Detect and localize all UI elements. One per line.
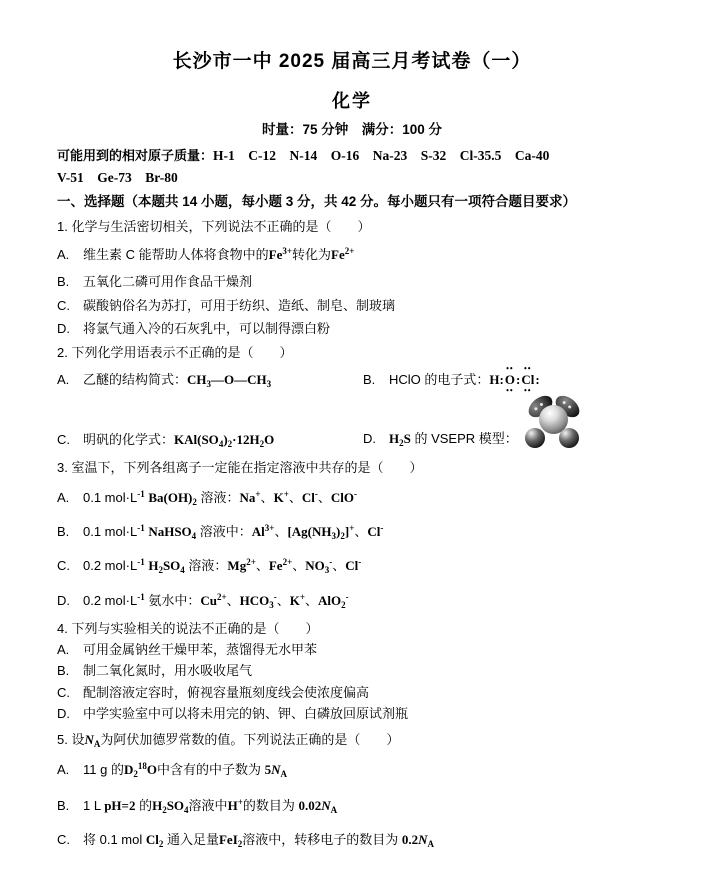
question-2-options-cd: C.明矾的化学式：KAl(SO4)2·12H2O D.H2S 的 VSEPR 模… xyxy=(57,397,647,449)
option-text: HClO 的电子式：H:••O••:••Cl••: xyxy=(389,372,540,387)
question-2-option-d: D.H2S 的 VSEPR 模型： xyxy=(363,397,647,449)
option-text: 中学实验室中可以将未用完的钠、钾、白磷放回原试剂瓶 xyxy=(83,706,408,721)
exam-meta: 时量：75 分钟 满分：100 分 xyxy=(57,122,647,139)
question-4-option-c: C.配制溶液定容时，俯视容量瓶刻度线会使浓度偏高 xyxy=(57,685,647,701)
question-2-option-a: A.乙醚的结构简式：CH3—O—CH3 xyxy=(57,372,363,388)
option-text: 将 0.1 mol Cl2 通入足量FeI2溶液中，转移电子的数目为 0.2NA xyxy=(83,832,434,847)
option-label: C. xyxy=(57,832,83,848)
option-text: 0.2 mol·L-1 氨水中：Cu2+、HCO3-、K+、AlO2- xyxy=(83,593,349,608)
option-label: D. xyxy=(57,593,83,609)
h2s-vsepr-model-image xyxy=(522,397,588,449)
option-text: 0.1 mol·L-1 NaHSO4 溶液中：Al3+、[Ag(NH3)2]+、… xyxy=(83,524,383,539)
question-5-option-a: A.11 g 的D218O中含有的中子数为 5NA xyxy=(57,762,647,778)
option-text: 明矾的化学式：KAl(SO4)2·12H2O xyxy=(83,432,274,447)
atomic-masses-values-1: H-1 C-12 N-14 O-16 Na-23 S-32 Cl-35.5 Ca… xyxy=(213,148,549,163)
option-text: 0.1 mol·L-1 Ba(OH)2 溶液：Na+、K+、Cl-、ClO- xyxy=(83,490,357,505)
option-label: B. xyxy=(363,372,389,388)
question-1-stem: 1. 化学与生活密切相关，下列说法不正确的是（ ） xyxy=(57,219,647,235)
subject-title: 化学 xyxy=(57,90,647,113)
question-4-option-d: D.中学实验室中可以将未用完的钠、钾、白磷放回原试剂瓶 xyxy=(57,706,647,722)
option-label: A. xyxy=(57,372,83,388)
question-2-option-c: C.明矾的化学式：KAl(SO4)2·12H2O xyxy=(57,432,363,448)
option-text: 配制溶液定容时，俯视容量瓶刻度线会使浓度偏高 xyxy=(83,685,369,700)
question-1-option-b: B.五氧化二磷可用作食品干燥剂 xyxy=(57,274,647,290)
option-label: C. xyxy=(57,298,83,314)
question-5-option-c: C.将 0.1 mol Cl2 通入足量FeI2溶液中，转移电子的数目为 0.2… xyxy=(57,832,647,848)
option-text: 1 L pH=2 的H2SO4溶液中H+的数目为 0.02NA xyxy=(83,798,337,813)
question-4-option-a: A.可用金属钠丝干燥甲苯，蒸馏得无水甲苯 xyxy=(57,642,647,658)
option-text: 将氯气通入冷的石灰乳中，可以制得漂白粉 xyxy=(83,321,330,336)
atomic-masses-values-2: V-51 Ge-73 Br-80 xyxy=(57,170,178,185)
question-4-option-b: B.制二氧化氮时，用水吸收尾气 xyxy=(57,663,647,679)
option-text: 11 g 的D218O中含有的中子数为 5NA xyxy=(83,762,287,777)
option-text: H2S 的 VSEPR 模型： xyxy=(389,431,518,446)
option-text: 可用金属钠丝干燥甲苯，蒸馏得无水甲苯 xyxy=(83,642,317,657)
option-text: 乙醚的结构简式：CH3—O—CH3 xyxy=(83,372,271,387)
question-1-option-d: D.将氯气通入冷的石灰乳中，可以制得漂白粉 xyxy=(57,321,647,337)
option-label: C. xyxy=(57,558,83,574)
option-label: B. xyxy=(57,274,83,290)
option-text: 五氧化二磷可用作食品干燥剂 xyxy=(83,274,252,289)
option-label: D. xyxy=(57,706,83,722)
question-2-stem: 2. 下列化学用语表示不正确的是（ ） xyxy=(57,345,647,361)
question-4-stem: 4. 下列与实验相关的说法不正确的是（ ） xyxy=(57,621,647,637)
question-2-option-b: B.HClO 的电子式：H:••O••:••Cl••: xyxy=(363,372,647,388)
section-header: 一、选择题（本题共 14 小题，每小题 3 分，共 42 分。每小题只有一项符合… xyxy=(57,194,647,211)
option-label: B. xyxy=(57,524,83,540)
atomic-masses-label: 可能用到的相对原子质量： xyxy=(57,148,213,163)
hydrogen-atom-sphere-icon xyxy=(559,428,579,448)
option-label: A. xyxy=(57,762,83,778)
question-1-option-a: A.维生素 C 能帮助人体将食物中的Fe3+转化为Fe2+ xyxy=(57,247,647,263)
question-5-option-b: B.1 L pH=2 的H2SO4溶液中H+的数目为 0.02NA xyxy=(57,798,647,814)
question-3-option-a: A.0.1 mol·L-1 Ba(OH)2 溶液：Na+、K+、Cl-、ClO- xyxy=(57,490,647,506)
atomic-masses-line-1: 可能用到的相对原子质量：H-1 C-12 N-14 O-16 Na-23 S-3… xyxy=(57,148,647,165)
question-3-option-d: D.0.2 mol·L-1 氨水中：Cu2+、HCO3-、K+、AlO2- xyxy=(57,593,647,609)
question-3-option-c: C.0.2 mol·L-1 H2SO4 溶液：Mg2+、Fe2+、NO3-、Cl… xyxy=(57,558,647,574)
question-3-stem: 3. 室温下，下列各组离子一定能在指定溶液中共存的是（ ） xyxy=(57,460,647,476)
option-text: 碳酸钠俗名为苏打，可用于纺织、造纸、制皂、制玻璃 xyxy=(83,298,395,313)
option-label: A. xyxy=(57,247,83,263)
question-3-option-b: B.0.1 mol·L-1 NaHSO4 溶液中：Al3+、[Ag(NH3)2]… xyxy=(57,524,647,540)
option-label: D. xyxy=(57,321,83,337)
option-label: C. xyxy=(57,685,83,701)
option-text: 维生素 C 能帮助人体将食物中的Fe3+转化为Fe2+ xyxy=(83,247,354,262)
option-label: D. xyxy=(363,431,389,447)
option-label: A. xyxy=(57,490,83,506)
option-label: B. xyxy=(57,663,83,679)
option-label: A. xyxy=(57,642,83,658)
atomic-masses-line-2: V-51 Ge-73 Br-80 xyxy=(57,170,647,187)
option-text: 0.2 mol·L-1 H2SO4 溶液：Mg2+、Fe2+、NO3-、Cl- xyxy=(83,558,361,573)
question-1-option-c: C.碳酸钠俗名为苏打，可用于纺织、造纸、制皂、制玻璃 xyxy=(57,298,647,314)
page-title: 长沙市一中 2025 届高三月考试卷（一） xyxy=(57,50,647,74)
exam-paper-page: 长沙市一中 2025 届高三月考试卷（一） 化学 时量：75 分钟 满分：100… xyxy=(0,0,701,877)
option-text: 制二氧化氮时，用水吸收尾气 xyxy=(83,663,252,678)
option-label: C. xyxy=(57,432,83,448)
hydrogen-atom-sphere-icon xyxy=(525,428,545,448)
question-2-options-ab: A.乙醚的结构简式：CH3—O—CH3 B.HClO 的电子式：H:••O••:… xyxy=(57,372,647,388)
option-label: B. xyxy=(57,798,83,814)
question-5-stem: 5. 设NA为阿伏加德罗常数的值。下列说法正确的是（ ） xyxy=(57,732,647,748)
